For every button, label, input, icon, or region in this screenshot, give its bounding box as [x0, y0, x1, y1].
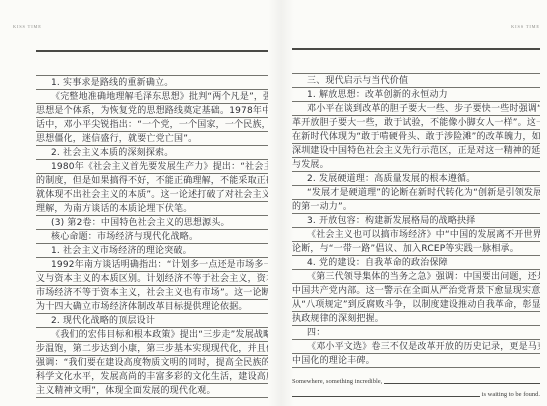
- handwritten-line: 《我们的宏伟目标和根本政策》提出“三步走”发展战略雏形——第一: [36, 328, 268, 342]
- footer-rule-line: [292, 396, 480, 397]
- right-page-blank-row: [292, 50, 540, 74]
- handwritten-text: 2. 社会主义本质的深刻探索。: [36, 148, 173, 159]
- handwritten-text: 步温饱，第二步达到小康，第三步基本实现现代化，并且他: [36, 344, 268, 355]
- footer-quote-row-2: is waiting to be found.: [292, 386, 540, 399]
- handwritten-line: 2. 发展硬道理：高质量发展的根本遵循。: [292, 172, 540, 186]
- handwritten-text: 执政规律的深刻把握。: [292, 314, 384, 325]
- handwritten-line: 市场经济不等于资本主义，社会主义也有市场”。这一论断突破传统观念，: [36, 286, 268, 300]
- handwritten-text: 在新时代体现为“敢于啃硬骨头、敢于涉险滩”的改革魄力，如: [292, 132, 540, 143]
- handwritten-line: 思想僵化，迷信盛行，就要亡党亡国”。: [36, 132, 268, 146]
- handwritten-line: 话中，邓小平尖锐指出：“一个党，一个国家，一个民族，如果一切从本本出发，: [36, 118, 268, 132]
- handwritten-text: 主义精神文明”，体现全面发展的现代化观。: [36, 386, 216, 397]
- handwritten-text: 《完整地准确地理解毛泽东思想》批判“两个凡是”，强调毛泽东: [36, 92, 268, 103]
- handwritten-text: 思想僵化，迷信盛行，就要亡党亡国”。: [36, 134, 197, 145]
- handwritten-line: 义与资本主义的本质区别。计划经济不等于社会主义，资本主义也有计划；: [36, 272, 268, 286]
- handwritten-line: 与发展。: [292, 158, 540, 172]
- handwritten-line: 的第一动力”。: [292, 200, 540, 214]
- handwritten-text: 三、现代启示与当代价值: [292, 76, 408, 87]
- handwritten-text: 3. 开放包容：构建新发展格局的战略抉择: [292, 216, 475, 227]
- handwritten-text: 的制度，但是如果搞得不好，不能正确理解，不能采取正确的政策，那: [36, 176, 268, 187]
- handwritten-text: 思想是个体系，为恢复党的思想路线奠定基础。1978年中央工作会议讲: [36, 106, 268, 117]
- handwritten-line: 论断，与“一带一路”倡议、加入RCEP等实践一脉相承。: [292, 242, 540, 256]
- handwritten-line: 主义精神文明”，体现全面发展的现代化观。: [36, 384, 268, 398]
- handwritten-text: 就体现不出社会主义的本质”。这一论述打破了对社会主义的教条化: [36, 190, 268, 201]
- right-page: 三、现代启示与当代价值1. 解放思想：改革创新的永恒动力邓小平在谈到改革的胆子要…: [292, 48, 540, 406]
- left-page-brand-text: KISS TIME: [13, 25, 42, 29]
- handwritten-line: 《邓小平文选》卷三不仅是改革开放的历史记录，更是马克思主义: [292, 340, 540, 354]
- handwritten-line: 3. 开放包容：构建新发展格局的战略抉择: [292, 214, 540, 228]
- handwritten-line: 《第三代领导集体的当务之急》强调：中国要出问题，还是出在: [292, 270, 540, 284]
- handwritten-text: 4. 党的建设：自我革命的政治保障: [292, 258, 448, 269]
- handwritten-line: 革开放胆子要大一些，敢于试验，不能像小脚女人一样”。这一精神: [292, 116, 540, 130]
- left-page-blank-row: [36, 398, 268, 406]
- handwritten-line: 2. 现代化战略的顶层设计: [36, 314, 268, 328]
- handwritten-text: 2. 发展硬道理：高质量发展的根本遵循。: [292, 174, 475, 185]
- handwritten-text: (3) 第2卷：中国特色社会主义的思想源头。: [36, 218, 230, 229]
- footer-quote-line2: is waiting to be found.: [482, 391, 540, 399]
- handwritten-text: 1992年南方谈话明确指出：“计划多一点还是市场多一点，不是社会主: [36, 260, 268, 271]
- handwritten-line: 在新时代体现为“敢于啃硬骨头、敢于涉险滩”的改革魄力，如: [292, 130, 540, 144]
- handwritten-text: 革开放胆子要大一些，敢于试验，不能像小脚女人一样”。这一精神: [292, 118, 540, 129]
- handwritten-text: 核心命题：市场经济与现代化战略。: [36, 232, 198, 243]
- footer-rule-line: [384, 383, 540, 384]
- handwritten-line: 的制度，但是如果搞得不好，不能正确理解，不能采取正确的政策，那: [36, 174, 268, 188]
- handwritten-text: 与发展。: [292, 160, 329, 171]
- handwritten-text: 1. 社会主义市场经济的理论突破。: [36, 246, 192, 257]
- handwritten-line: 为十四大确立市场经济体制改革目标提供理论依据。: [36, 300, 268, 314]
- handwritten-line: “发展才是硬道理”的论断在新时代转化为“创新是引领发展: [292, 186, 540, 200]
- handwritten-line: 思想是个体系，为恢复党的思想路线奠定基础。1978年中央工作会议讲: [36, 104, 268, 118]
- handwritten-line: 1. 解放思想：改革创新的永恒动力: [292, 88, 540, 102]
- handwritten-line: 深圳建设中国特色社会主义先行示范区，正是对这一精神的延续: [292, 144, 540, 158]
- footer-quote-row-1: Somewhere, something incredible,: [292, 368, 540, 386]
- handwritten-text: 理解，为南方谈话的本质论埋下伏笔。: [36, 204, 192, 215]
- footer-quote-line1: Somewhere, something incredible,: [292, 378, 382, 386]
- handwritten-line: 1. 实事求是路线的重新确立。: [36, 76, 268, 90]
- handwritten-line: 邓小平在谈到改革的胆子要大一些、步子要快一些时强调“改: [292, 102, 540, 116]
- handwritten-line: 核心命题：市场经济与现代化战略。: [36, 230, 268, 244]
- handwritten-line: 执政规律的深刻把握。: [292, 312, 540, 326]
- left-page: 1. 实事求是路线的重新确立。《完整地准确地理解毛泽东思想》批判“两个凡是”，强…: [36, 50, 268, 406]
- handwritten-text: 从“八项规定”到反腐败斗争，以制度建设推动自我革命，彰显党对: [292, 300, 540, 311]
- handwritten-text: 论断，与“一带一路”倡议、加入RCEP等实践一脉相承。: [292, 244, 519, 255]
- handwritten-text: 话中，邓小平尖锐指出：“一个党，一个国家，一个民族，如果一切从本本出发，: [36, 120, 268, 131]
- handwritten-text: 中国共产党内部。这一警示在全面从严治党背景下愈显现实意义，: [292, 286, 540, 297]
- handwritten-line: 从“八项规定”到反腐败斗争，以制度建设推动自我革命，彰显党对: [292, 298, 540, 312]
- handwritten-text: 的第一动力”。: [292, 202, 352, 213]
- handwritten-line: 1992年南方谈话明确指出：“计划多一点还是市场多一点，不是社会主: [36, 258, 268, 272]
- handwritten-text: 市场经济不等于资本主义，社会主义也有市场”。这一论断突破传统观念，: [36, 288, 268, 299]
- handwritten-line: 三、现代启示与当代价值: [292, 74, 540, 88]
- left-page-rows: 1. 实事求是路线的重新确立。《完整地准确地理解毛泽东思想》批判“两个凡是”，强…: [36, 76, 268, 398]
- handwritten-text: 1. 解放思想：改革创新的永恒动力: [292, 90, 448, 101]
- handwritten-line: 2. 社会主义本质的深刻探索。: [36, 146, 268, 160]
- handwritten-line: 《社会主义也可以搞市场经济》中“中国的发展离不开世界”的: [292, 228, 540, 242]
- handwritten-text: 1980年《社会主义首先要发展生产力》提出：“社会主义是一个很好: [36, 162, 268, 173]
- handwritten-line: 1. 社会主义市场经济的理论突破。: [36, 244, 268, 258]
- handwritten-line: 就体现不出社会主义的本质”。这一论述打破了对社会主义的教条化: [36, 188, 268, 202]
- notebook-scan: KISS TIME KISS TIME 1. 实事求是路线的重新确立。《完整地准…: [0, 0, 547, 406]
- handwritten-text: 《我们的宏伟目标和根本政策》提出“三步走”发展战略雏形——第一: [36, 330, 268, 341]
- right-page-rows: 三、现代启示与当代价值1. 解放思想：改革创新的永恒动力邓小平在谈到改革的胆子要…: [292, 74, 540, 368]
- handwritten-text: 中国化的理论丰碑。: [292, 356, 375, 367]
- handwritten-text: 1. 实事求是路线的重新确立。: [36, 78, 173, 89]
- handwritten-text: 四：: [292, 328, 325, 339]
- handwritten-text: 2. 现代化战略的顶层设计: [36, 316, 155, 327]
- handwritten-line: 四：: [292, 326, 540, 340]
- handwritten-line: 中国化的理论丰碑。: [292, 354, 540, 368]
- handwritten-text: 《邓小平文选》卷三不仅是改革开放的历史记录，更是马克思主义: [292, 342, 540, 353]
- handwritten-text: 科学文化水平，发展高尚的丰富多彩的文化生活，建设高度的社会: [36, 372, 268, 383]
- handwritten-text: 深圳建设中国特色社会主义先行示范区，正是对这一精神的延续: [292, 146, 540, 157]
- handwritten-text: 《社会主义也可以搞市场经济》中“中国的发展离不开世界”的: [292, 230, 540, 241]
- handwritten-text: 邓小平在谈到改革的胆子要大一些、步子要快一些时强调“改: [292, 104, 540, 115]
- handwritten-line: 强调：“我们要在建设高度物质文明的同时，提高全民族的: [36, 356, 268, 370]
- handwritten-line: 科学文化水平，发展高尚的丰富多彩的文化生活，建设高度的社会: [36, 370, 268, 384]
- handwritten-line: 理解，为南方谈话的本质论埋下伏笔。: [36, 202, 268, 216]
- handwritten-text: “发展才是硬道理”的论断在新时代转化为“创新是引领发展: [292, 188, 540, 199]
- handwritten-line: 步温饱，第二步达到小康，第三步基本实现现代化，并且他: [36, 342, 268, 356]
- handwritten-text: 义与资本主义的本质区别。计划经济不等于社会主义，资本主义也有计划；: [36, 274, 268, 285]
- handwritten-text: 强调：“我们要在建设高度物质文明的同时，提高全民族的: [36, 358, 268, 369]
- handwritten-text: 《第三代领导集体的当务之急》强调：中国要出问题，还是出在: [292, 272, 540, 283]
- handwritten-line: (3) 第2卷：中国特色社会主义的思想源头。: [36, 216, 268, 230]
- handwritten-line: 中国共产党内部。这一警示在全面从严治党背景下愈显现实意义，: [292, 284, 540, 298]
- handwritten-line: 1980年《社会主义首先要发展生产力》提出：“社会主义是一个很好: [36, 160, 268, 174]
- left-page-blank-row: [36, 52, 268, 76]
- handwritten-line: 《完整地准确地理解毛泽东思想》批判“两个凡是”，强调毛泽东: [36, 90, 268, 104]
- right-page-brand-text: KISS TIME: [511, 25, 540, 29]
- handwritten-line: 4. 党的建设：自我革命的政治保障: [292, 256, 540, 270]
- handwritten-text: 为十四大确立市场经济体制改革目标提供理论依据。: [36, 302, 248, 313]
- page-fold-shadow: [268, 0, 294, 406]
- footer-dashed-rule: [292, 399, 540, 406]
